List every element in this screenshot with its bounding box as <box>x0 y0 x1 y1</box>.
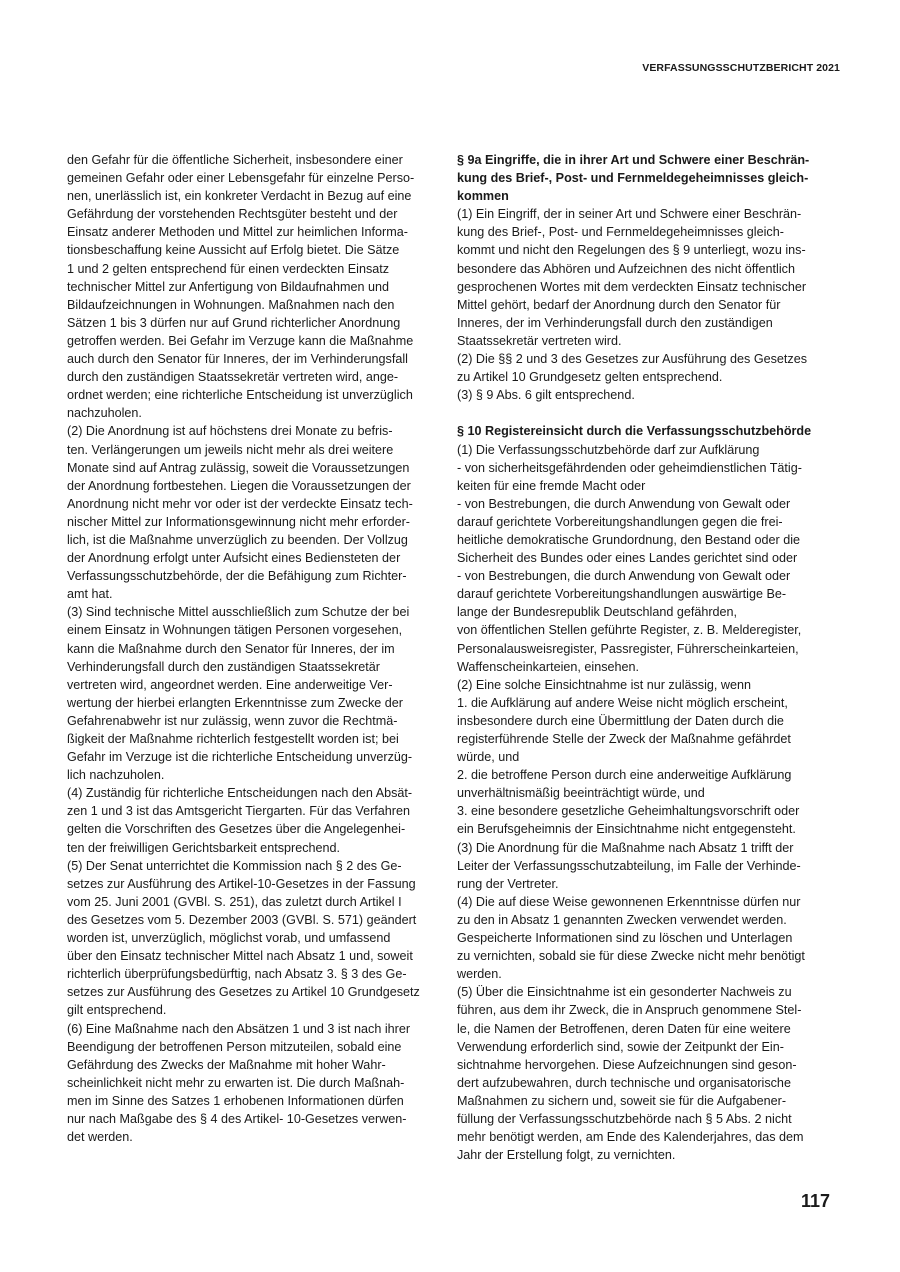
text-line: (3) § 9 Abs. 6 gilt entsprechend. <box>457 386 837 404</box>
text-line: Gefährdung der vorstehenden Rechtsgüter … <box>67 205 447 223</box>
text-line: amt hat. <box>67 585 447 603</box>
section-9a-body: (1) Ein Eingriff, der in seiner Art und … <box>457 205 837 404</box>
text-line: nachzuholen. <box>67 404 447 422</box>
text-line: Leiter der Verfassungsschutzabteilung, i… <box>457 857 837 875</box>
text-line: darauf gerichtete Vorbereitungshandlunge… <box>457 513 837 531</box>
text-line: scheinlichkeit nicht mehr zu erwarten is… <box>67 1074 447 1092</box>
text-line: Waffenscheinkarteien, einsehen. <box>457 658 837 676</box>
text-line: durch den zuständigen Staatssekretär ver… <box>67 368 447 386</box>
text-line: 3. eine besondere gesetzliche Geheimhalt… <box>457 802 837 820</box>
text-line: 1 und 2 gelten entsprechend für einen ve… <box>67 260 447 278</box>
text-line: Sicherheit des Bundes oder eines Landes … <box>457 549 837 567</box>
text-line: (2) Die §§ 2 und 3 des Gesetzes zur Ausf… <box>457 350 837 368</box>
text-line: Verfassungsschutzbehörde, der die Befähi… <box>67 567 447 585</box>
text-line: den Gefahr für die öffentliche Sicherhei… <box>67 151 447 169</box>
left-column: den Gefahr für die öffentliche Sicherhei… <box>67 151 447 1146</box>
text-line: (1) Die Verfassungsschutzbehörde darf zu… <box>457 441 837 459</box>
text-line: Gefahrenabwehr ist nur zulässig, wenn zu… <box>67 712 447 730</box>
text-line: der Anordnung erfolgt unter Aufsicht ein… <box>67 549 447 567</box>
text-line: werden. <box>457 965 837 983</box>
text-line: (4) Zuständig für richterliche Entscheid… <box>67 784 447 802</box>
text-line: (2) Die Anordnung ist auf höchstens drei… <box>67 422 447 440</box>
text-line: zu den in Absatz 1 genannten Zwecken ver… <box>457 911 837 929</box>
text-line: - von Bestrebungen, die durch Anwendung … <box>457 495 837 513</box>
text-line: ßigkeit der Maßnahme richterlich festges… <box>67 730 447 748</box>
text-line: zen 1 und 3 ist das Amtsgericht Tiergart… <box>67 802 447 820</box>
text-line: getroffen werden. Bei Gefahr im Verzuge … <box>67 332 447 350</box>
text-line: insbesondere durch eine Übermittlung der… <box>457 712 837 730</box>
text-line: worden ist, unverzüglich, möglichst vora… <box>67 929 447 947</box>
text-line: unverhältnismäßig beeinträchtigt würde, … <box>457 784 837 802</box>
section-10-body: (1) Die Verfassungsschutzbehörde darf zu… <box>457 441 837 1165</box>
section-9a: § 9a Eingriffe, die in ihrer Art und Sch… <box>457 151 837 404</box>
text-line: Verwendung erforderlich sind, sowie der … <box>457 1038 837 1056</box>
text-line: würde, und <box>457 748 837 766</box>
text-line: Staatssekretär vertreten wird. <box>457 332 837 350</box>
text-line: Monate sind auf Antrag zulässig, soweit … <box>67 459 447 477</box>
text-line: vom 25. Juni 2001 (GVBl. S. 251), das zu… <box>67 893 447 911</box>
page-number: 117 <box>801 1191 830 1212</box>
section-spacer <box>457 404 837 422</box>
text-line: Inneres, der im Verhinderungsfall durch … <box>457 314 837 332</box>
text-line: setzes zur Ausführung des Artikel-10-Ges… <box>67 875 447 893</box>
text-line: Anordnung nicht mehr vor oder ist der ve… <box>67 495 447 513</box>
text-line: ordnet werden; eine richterliche Entsche… <box>67 386 447 404</box>
text-line: Bildaufzeichnungen in Wohnungen. Maßnahm… <box>67 296 447 314</box>
text-line: kung des Brief-, Post- und Fernmeldegehe… <box>457 169 837 187</box>
text-line: registerführende Stelle der Zweck der Ma… <box>457 730 837 748</box>
text-line: wertung der hierbei erlangten Erkenntnis… <box>67 694 447 712</box>
text-line: ten. Verlängerungen um jeweils nicht meh… <box>67 441 447 459</box>
running-header: VERFASSUNGSSCHUTZBERICHT 2021 <box>642 62 840 74</box>
text-line: der Anordnung fortbestehen. Liegen die V… <box>67 477 447 495</box>
text-line: (5) Der Senat unterrichtet die Kommissio… <box>67 857 447 875</box>
text-line: richterlich überprüfungsbedürftig, nach … <box>67 965 447 983</box>
text-line: - von sicherheitsgefährdenden oder gehei… <box>457 459 837 477</box>
text-line: gesprochenen Wortes mit dem verdeckten E… <box>457 278 837 296</box>
text-line: zu Artikel 10 Grundgesetz gelten entspre… <box>457 368 837 386</box>
text-line: - von Bestrebungen, die durch Anwendung … <box>457 567 837 585</box>
text-line: Jahr der Erstellung folgt, zu vernichten… <box>457 1146 837 1164</box>
text-line: keiten für eine fremde Macht oder <box>457 477 837 495</box>
text-line: (4) Die auf diese Weise gewonnenen Erken… <box>457 893 837 911</box>
text-line: nischer Mittel zur Informationsgewinnung… <box>67 513 447 531</box>
text-line: tionsbeschaffung keine Aussicht auf Erfo… <box>67 241 447 259</box>
text-line: le, die Namen der Betroffenen, deren Dat… <box>457 1020 837 1038</box>
text-line: dert aufzubewahren, durch technische und… <box>457 1074 837 1092</box>
right-column: § 9a Eingriffe, die in ihrer Art und Sch… <box>457 151 837 1164</box>
text-line: lich nachzuholen. <box>67 766 447 784</box>
text-line: besondere das Abhören und Aufzeichnen de… <box>457 260 837 278</box>
text-line: Beendigung der betroffenen Person mitzut… <box>67 1038 447 1056</box>
text-line: lange der Bundesrepublik Deutschland gef… <box>457 603 837 621</box>
text-line: det werden. <box>67 1128 447 1146</box>
text-line: Sätzen 1 bis 3 dürfen nur auf Grund rich… <box>67 314 447 332</box>
text-line: 2. die betroffene Person durch eine ande… <box>457 766 837 784</box>
text-line: lich, ist die Maßnahme unverzüglich zu b… <box>67 531 447 549</box>
text-line: heitliche demokratische Grundordnung, de… <box>457 531 837 549</box>
text-line: setzes zur Ausführung des Gesetzes zu Ar… <box>67 983 447 1001</box>
text-line: rung der Vertreter. <box>457 875 837 893</box>
text-line: über den Einsatz technischer Mittel nach… <box>67 947 447 965</box>
text-line: gilt entsprechend. <box>67 1001 447 1019</box>
text-line: füllung der Verfassungsschutzbehörde nac… <box>457 1110 837 1128</box>
section-10: § 10 Registereinsicht durch die Verfassu… <box>457 422 837 1164</box>
text-line: Mittel gehört, bedarf der Anordnung durc… <box>457 296 837 314</box>
text-line: Verhinderungsfall durch den zuständigen … <box>67 658 447 676</box>
text-line: Gefahr im Verzuge ist die richterliche E… <box>67 748 447 766</box>
text-line: ten der freiwilligen Gerichtsbarkeit ent… <box>67 839 447 857</box>
text-line: des Gesetzes vom 5. Dezember 2003 (GVBl.… <box>67 911 447 929</box>
text-line: kann die Maßnahme durch den Senator für … <box>67 640 447 658</box>
text-line: sichtnahme hervorgehen. Diese Aufzeichnu… <box>457 1056 837 1074</box>
text-line: kommen <box>457 187 837 205</box>
text-line: (1) Ein Eingriff, der in seiner Art und … <box>457 205 837 223</box>
text-line: § 9a Eingriffe, die in ihrer Art und Sch… <box>457 151 837 169</box>
text-line: auch durch den Senator für Inneres, der … <box>67 350 447 368</box>
text-line: ein Berufsgeheimnis der Einsichtnahme ni… <box>457 820 837 838</box>
text-line: (3) Die Anordnung für die Maßnahme nach … <box>457 839 837 857</box>
text-line: gelten die Vorschriften des Gesetzes übe… <box>67 820 447 838</box>
text-line: darauf gerichtete Vorbereitungshandlunge… <box>457 585 837 603</box>
text-line: technischer Mittel zur Anfertigung von B… <box>67 278 447 296</box>
text-line: Gespeicherte Informationen sind zu lösch… <box>457 929 837 947</box>
text-line: (6) Eine Maßnahme nach den Absätzen 1 un… <box>67 1020 447 1038</box>
text-line: nur nach Maßgabe des § 4 des Artikel- 10… <box>67 1110 447 1128</box>
text-line: von öffentlichen Stellen geführte Regist… <box>457 621 837 639</box>
text-line: einem Einsatz in Wohnungen tätigen Perso… <box>67 621 447 639</box>
text-line: Maßnahmen zu sichern und, soweit sie für… <box>457 1092 837 1110</box>
text-line: men im Sinne des Satzes 1 erhobenen Info… <box>67 1092 447 1110</box>
text-line: vertreten wird, angeordnet werden. Eine … <box>67 676 447 694</box>
text-line: führen, aus dem ihr Zweck, die in Anspru… <box>457 1001 837 1019</box>
text-line: mehr benötigt werden, am Ende des Kalend… <box>457 1128 837 1146</box>
text-line: kung des Brief-, Post- und Fernmeldegehe… <box>457 223 837 241</box>
section-10-heading: § 10 Registereinsicht durch die Verfassu… <box>457 422 837 440</box>
text-line: Einsatz anderer Methoden und Mittel zur … <box>67 223 447 241</box>
text-line: (3) Sind technische Mittel ausschließlic… <box>67 603 447 621</box>
text-line: kommt und nicht den Regelungen des § 9 u… <box>457 241 837 259</box>
text-line: (2) Eine solche Einsichtnahme ist nur zu… <box>457 676 837 694</box>
section-9a-heading: § 9a Eingriffe, die in ihrer Art und Sch… <box>457 151 837 205</box>
text-line: gemeinen Gefahr oder einer Lebensgefahr … <box>67 169 447 187</box>
text-line: 1. die Aufklärung auf andere Weise nicht… <box>457 694 837 712</box>
text-line: nen, unerlässlich ist, ein konkreter Ver… <box>67 187 447 205</box>
text-line: (5) Über die Einsichtnahme ist ein geson… <box>457 983 837 1001</box>
text-line: Personalausweisregister, Passregister, F… <box>457 640 837 658</box>
text-line: Gefährdung des Zwecks der Maßnahme mit h… <box>67 1056 447 1074</box>
text-line: zu vernichten, sobald sie für diese Zwec… <box>457 947 837 965</box>
